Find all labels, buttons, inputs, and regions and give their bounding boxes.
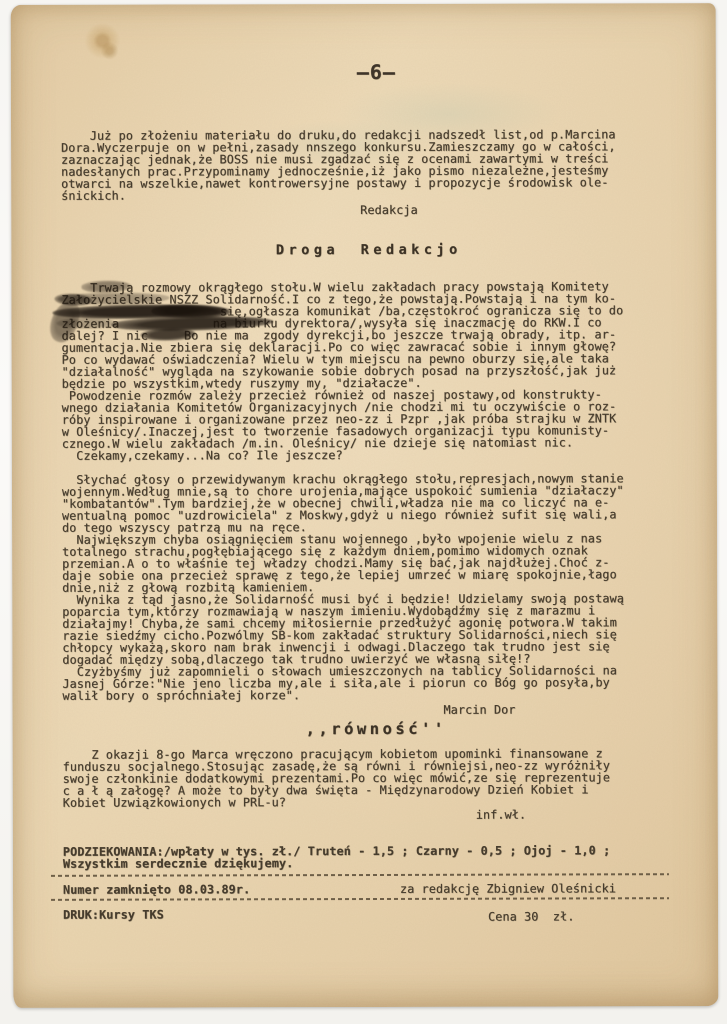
equality-article-signature: inf.wł. — [476, 809, 526, 821]
letter-body: Trwają rozmowy okrągłego stołu.W wielu z… — [61, 280, 654, 702]
donations-note: PODZIEKOWANIA:/wpłaty w tys. zł./ Truteń… — [63, 844, 655, 870]
page-number: —6— — [11, 65, 716, 79]
typed-dash-divider — [51, 873, 669, 877]
scanner-bed: { "doc": { "page_number": "—6—", "intro"… — [0, 0, 727, 1024]
scanned-page: —6— Już po złożeniu materiału do druku,d… — [11, 3, 719, 1008]
letter-signature: Marcin Dor — [444, 704, 516, 716]
equality-article-body: Z okazji 8-go Marca wręczono pracującym … — [63, 747, 655, 809]
typed-dash-divider — [51, 897, 669, 901]
editor-credit: za redakcję Zbigniew Oleśnicki — [400, 882, 616, 895]
price-label: Cena 30 zł. — [488, 910, 574, 922]
editorial-signature: Redakcja — [360, 204, 418, 216]
letter-heading: Droga Redakcjo — [11, 243, 716, 257]
equality-article-heading: ,,równość'' — [306, 723, 447, 735]
editorial-note: Już po złożeniu materiału do druku,do re… — [61, 128, 653, 202]
